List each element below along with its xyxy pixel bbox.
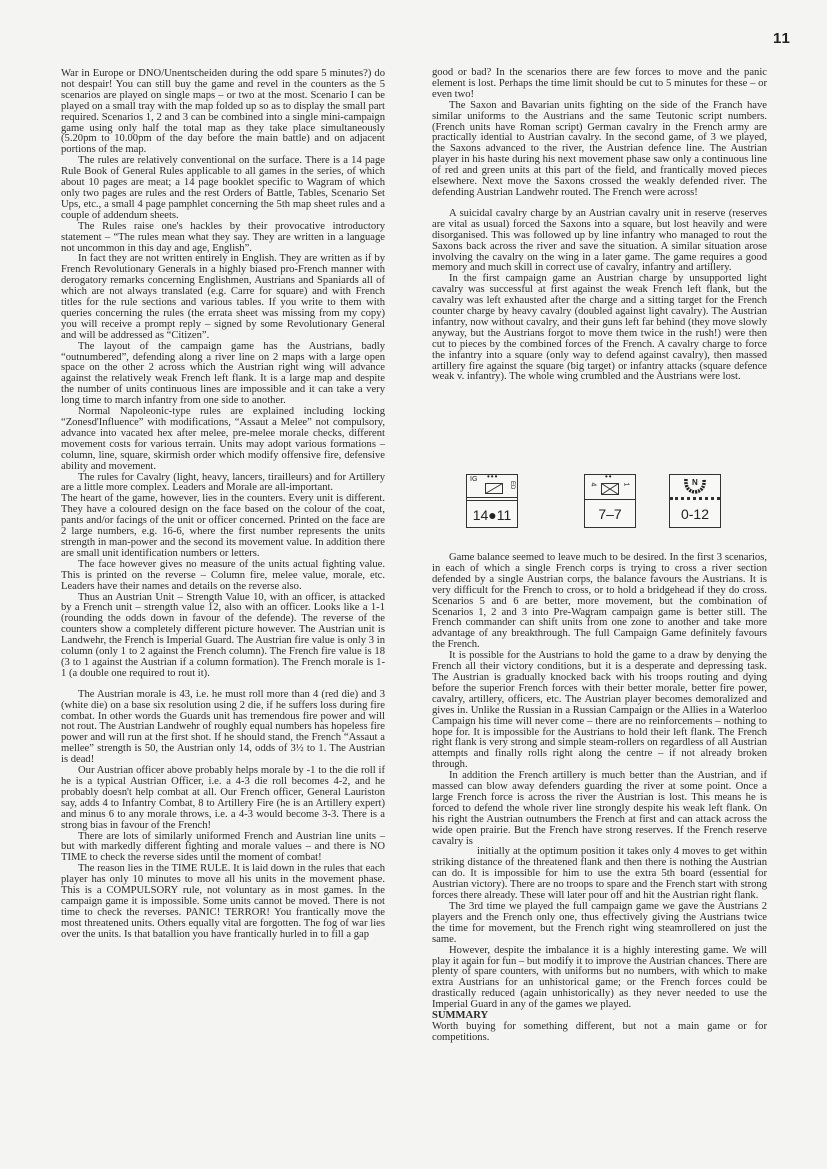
paragraph: The Austrian morale is 43, i.e. he must … [61, 690, 385, 766]
counter-unit-id: IG [470, 476, 477, 483]
paragraph: good or bad? In the scenarios there are … [432, 68, 767, 101]
counter-face-top: IG ••• ED [467, 475, 517, 501]
paragraph: A suicidal cavalry charge by an Austrian… [432, 209, 767, 274]
counter-size-dots: ••• [487, 472, 498, 481]
counter-left-number: 4 [589, 483, 596, 487]
paragraph: In fact they are not written entirely in… [61, 254, 385, 341]
paragraph: The face however gives no measure of the… [61, 560, 385, 593]
paragraph: The rules for Cavalry (light, heavy, lan… [61, 473, 385, 495]
paragraph: Game balance seemed to leave much to be … [432, 553, 767, 651]
paragraph: The reason lies in the TIME RULE. It is … [61, 864, 385, 940]
counter-values: 0-12 [670, 500, 720, 527]
paragraph: In the first campaign game an Austrian c… [432, 274, 767, 383]
left-column: War in Europe or DNO/Unentscheiden durin… [61, 69, 385, 941]
counter-illustrations: IG ••• ED 14●11 4 •• 1 7–7 [466, 474, 766, 530]
paragraph: Thus an Austrian Unit – Strength Value 1… [61, 593, 385, 680]
paragraph: The layout of the campaign game has the … [61, 342, 385, 407]
paragraph: The heart of the game, however, lies in … [61, 494, 385, 559]
infantry-cross-icon [601, 483, 619, 495]
paragraph-text: initially at the optimum position it tak… [432, 846, 767, 901]
paragraph: In addition the French artillery is much… [432, 771, 767, 847]
paragraph: It is possible for the Austrians to hold… [432, 651, 767, 771]
counter-face-top: N [670, 475, 720, 500]
counter-napoleon: N 0-12 [669, 474, 721, 528]
summary-text: Worth buying for something different, bu… [432, 1022, 767, 1044]
paragraph: initially at the optimum position it tak… [432, 847, 767, 902]
counter-values: 7–7 [585, 500, 635, 527]
counter-size-dots: •• [605, 472, 613, 481]
paragraph: Our Austrian officer above probably help… [61, 766, 385, 831]
counter-values: 14●11 [467, 501, 517, 528]
paragraph: War in Europe or DNO/Unentscheiden durin… [61, 69, 385, 156]
page-number: 11 [773, 30, 791, 47]
paragraph: The Saxon and Bavarian units fighting on… [432, 101, 767, 199]
paragraph: Normal Napoleonic-type rules are explain… [61, 407, 385, 472]
counter-line-infantry: 4 •• 1 7–7 [584, 474, 636, 528]
counter-right-number: 1 [623, 483, 630, 487]
paragraph: However, despite the imbalance it is a h… [432, 946, 767, 1011]
infantry-symbol-icon [485, 483, 503, 494]
paragraph: There are lots of similarly uniformed Fr… [61, 832, 385, 865]
paragraph: The rules are relatively conventional on… [61, 156, 385, 221]
counter-side-label: ED [509, 481, 515, 489]
counter-napoleon-letter: N [692, 478, 698, 487]
counter-imperial-guard: IG ••• ED 14●11 [466, 474, 518, 528]
paragraph: The 3rd time we played the full campaign… [432, 902, 767, 946]
paragraph: The Rules raise one's hackles by their p… [61, 222, 385, 255]
right-column-lower: Game balance seemed to leave much to be … [432, 553, 767, 1044]
right-column: good or bad? In the scenarios there are … [432, 68, 767, 383]
counter-face-top: 4 •• 1 [585, 475, 635, 500]
